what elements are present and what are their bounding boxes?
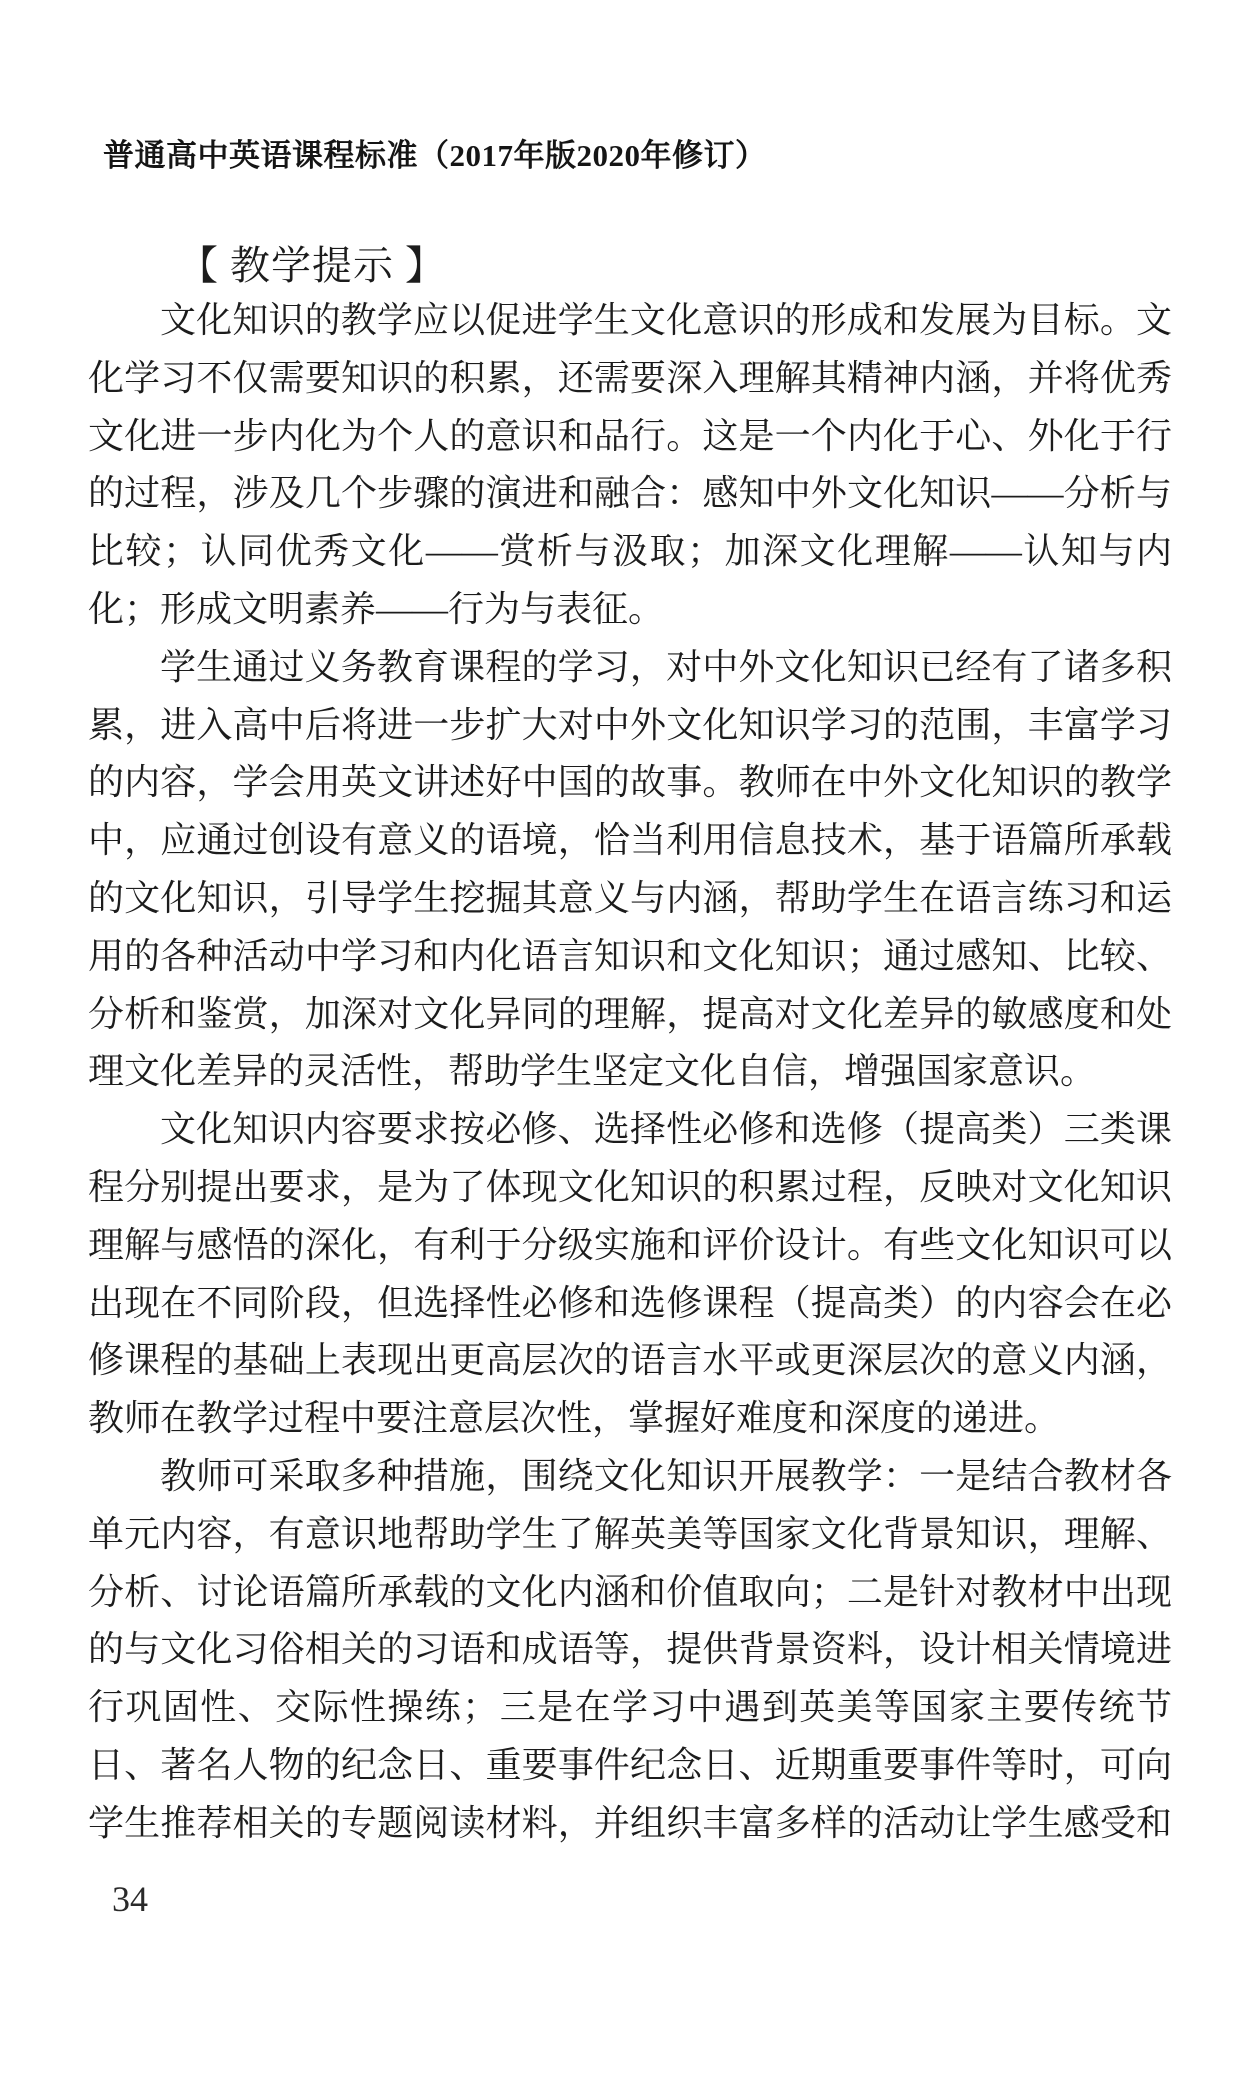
body-text-line: 累，进入高中后将进一步扩大对中外文化知识学习的范围，丰富学习 [88,697,1172,755]
body-text-line: 的过程，涉及几个步骤的演进和融合：感知中外文化知识——分析与 [88,465,1172,523]
body-text-line: 程分别提出要求，是为了体现文化知识的积累过程，反映对文化知识 [88,1159,1172,1217]
body-text-line: 单元内容，有意识地帮助学生了解英美等国家文化背景知识，理解、 [88,1506,1172,1564]
running-header: 普通高中英语课程标准（2017年版2020年修订） [103,130,1173,175]
body-text-line: 中，应通过创设有意义的语境，恰当利用信息技术，基于语篇所承载 [88,812,1172,870]
section-title: 【 教学提示 】 [178,234,446,291]
body-text-line: 的与文化习俗相关的习语和成语等，提供背景资料，设计相关情境进 [88,1621,1172,1679]
body-text-line: 修课程的基础上表现出更高层次的语言水平或更深层次的意义内涵， [88,1332,1172,1390]
body-text-line: 的文化知识，引导学生挖掘其意义与内涵，帮助学生在语言练习和运 [88,870,1172,928]
body-text-line: 学生推荐相关的专题阅读材料，并组织丰富多样的活动让学生感受和 [88,1795,1172,1853]
body-text-line: 理解与感悟的深化，有利于分级实施和评价设计。有些文化知识可以 [88,1217,1172,1275]
body-text-line: 出现在不同阶段，但选择性必修和选修课程（提高类）的内容会在必 [88,1275,1172,1333]
body-text-line: 文化进一步内化为个人的意识和品行。这是一个内化于心、外化于行 [88,408,1172,466]
body-text-line: 学生通过义务教育课程的学习，对中外文化知识已经有了诸多积 [88,639,1172,697]
body-text-line: 分析和鉴赏，加深对文化异同的理解，提高对文化差异的敏感度和处 [88,986,1172,1044]
page-number: 34 [112,1878,148,1920]
body-text-line: 化学习不仅需要知识的积累，还需要深入理解其精神内涵，并将优秀 [88,350,1172,408]
body-text-line: 文化知识内容要求按必修、选择性必修和选修（提高类）三类课 [88,1101,1172,1159]
body-text-line: 教师可采取多种措施，围绕文化知识开展教学：一是结合教材各 [88,1448,1172,1506]
document-page: 普通高中英语课程标准（2017年版2020年修订） 【 教学提示 】 文化知识的… [0,0,1257,2095]
body-text-line: 日、著名人物的纪念日、重要事件纪念日、近期重要事件等时，可向 [88,1737,1172,1795]
body-text-line: 用的各种活动中学习和内化语言知识和文化知识；通过感知、比较、 [88,928,1172,986]
body-text-line: 行巩固性、交际性操练；三是在学习中遇到英美等国家主要传统节 [88,1679,1172,1737]
body-text-line: 的内容，学会用英文讲述好中国的故事。教师在中外文化知识的教学 [88,754,1172,812]
body-text-line: 文化知识的教学应以促进学生文化意识的形成和发展为目标。文 [88,292,1172,350]
body-text-line: 化；形成文明素养——行为与表征。 [88,581,1172,639]
body-text-line: 教师在教学过程中要注意层次性，掌握好难度和深度的递进。 [88,1390,1172,1448]
body-text: 文化知识的教学应以促进学生文化意识的形成和发展为目标。文化学习不仅需要知识的积累… [88,292,1172,1853]
body-text-line: 理文化差异的灵活性，帮助学生坚定文化自信，增强国家意识。 [88,1043,1172,1101]
body-text-line: 比较；认同优秀文化——赏析与汲取；加深文化理解——认知与内 [88,523,1172,581]
body-text-line: 分析、讨论语篇所承载的文化内涵和价值取向；二是针对教材中出现 [88,1564,1172,1622]
